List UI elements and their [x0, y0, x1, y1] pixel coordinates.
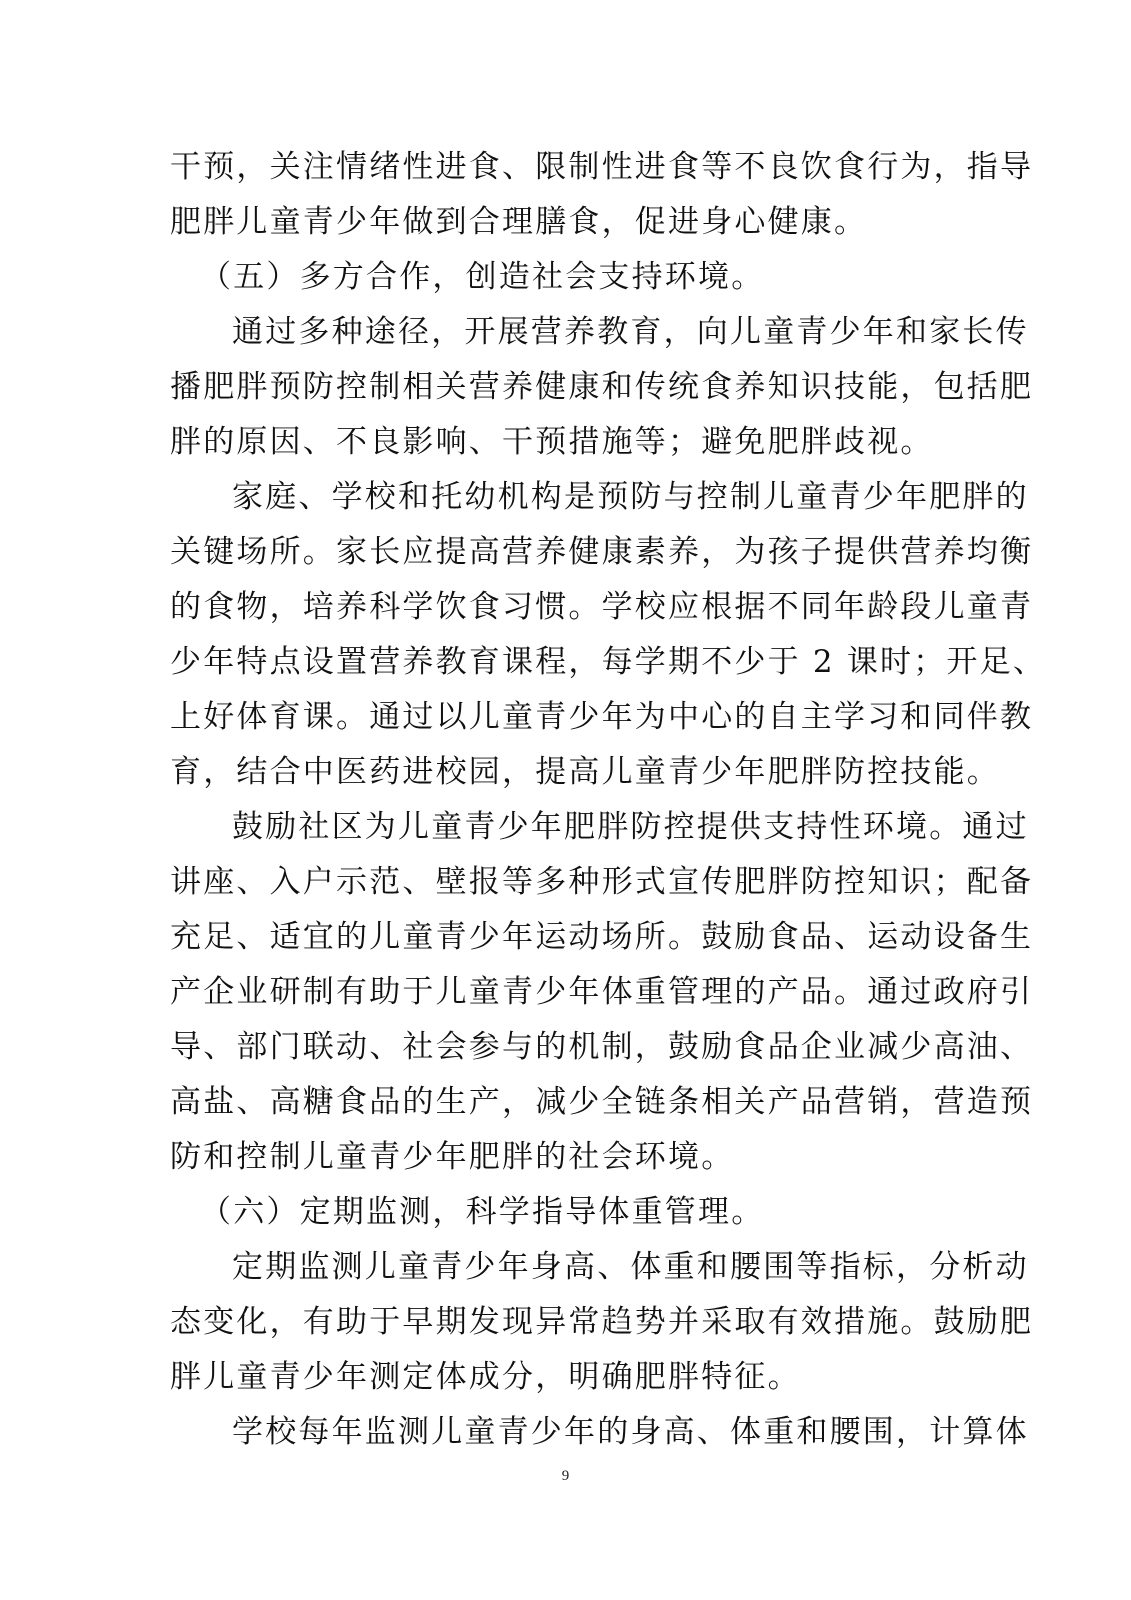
text-line: 干预，关注情绪性进食、限制性进食等不良饮食行为，指导: [170, 147, 960, 187]
text-line: 播肥胖预防控制相关营养健康和传统食养知识技能，包括肥: [170, 367, 960, 407]
text-line: 高盐、高糖食品的生产，减少全链条相关产品营销，营造预: [170, 1082, 960, 1122]
paragraph-start: 通过多种途径，开展营养教育，向儿童青少年和家长传: [232, 312, 1022, 352]
text-line: 上好体育课。通过以儿童青少年为中心的自主学习和同伴教: [170, 697, 960, 737]
document-page: 干预，关注情绪性进食、限制性进食等不良饮食行为，指导 肥胖儿童青少年做到合理膳食…: [0, 0, 1131, 1600]
paragraph-start: 学校每年监测儿童青少年的身高、体重和腰围，计算体: [232, 1412, 1022, 1452]
section-heading: （五）多方合作，创造社会支持环境。: [200, 257, 990, 297]
paragraph-start: 鼓励社区为儿童青少年肥胖防控提供支持性环境。通过: [232, 807, 1022, 847]
text-line: 导、部门联动、社会参与的机制，鼓励食品企业减少高油、: [170, 1027, 960, 1067]
text-line: 防和控制儿童青少年肥胖的社会环境。: [170, 1137, 960, 1177]
text-line: 肥胖儿童青少年做到合理膳食，促进身心健康。: [170, 202, 960, 242]
text-line: 产企业研制有助于儿童青少年体重管理的产品。通过政府引: [170, 972, 960, 1012]
text-line: 的食物，培养科学饮食习惯。学校应根据不同年龄段儿童青: [170, 587, 960, 627]
text-line: 充足、适宜的儿童青少年运动场所。鼓励食品、运动设备生: [170, 917, 960, 957]
text-line: 育，结合中医药进校园，提高儿童青少年肥胖防控技能。: [170, 752, 960, 792]
text-line: 胖的原因、不良影响、干预措施等；避免肥胖歧视。: [170, 422, 960, 462]
section-heading: （六）定期监测，科学指导体重管理。: [200, 1192, 990, 1232]
text-line: 讲座、入户示范、壁报等多种形式宣传肥胖防控知识；配备: [170, 862, 960, 902]
text-line: 态变化，有助于早期发现异常趋势并采取有效措施。鼓励肥: [170, 1302, 960, 1342]
paragraph-start: 家庭、学校和托幼机构是预防与控制儿童青少年肥胖的: [232, 477, 1022, 517]
text-line: 关键场所。家长应提高营养健康素养，为孩子提供营养均衡: [170, 532, 960, 572]
page-number: 9: [0, 1468, 1131, 1485]
text-line: 少年特点设置营养教育课程，每学期不少于 2 课时；开足、: [170, 642, 960, 682]
paragraph-start: 定期监测儿童青少年身高、体重和腰围等指标，分析动: [232, 1247, 1022, 1287]
text-line: 胖儿童青少年测定体成分，明确肥胖特征。: [170, 1357, 960, 1397]
